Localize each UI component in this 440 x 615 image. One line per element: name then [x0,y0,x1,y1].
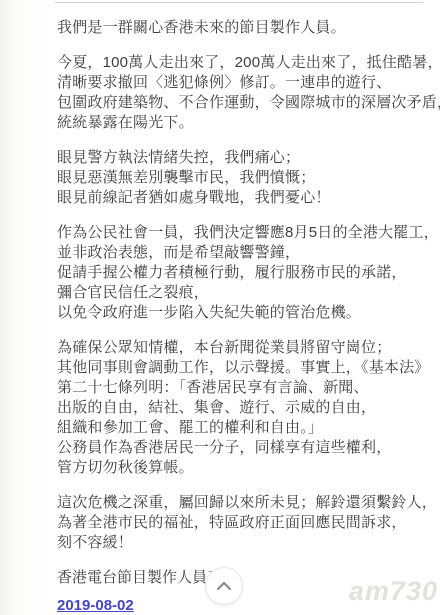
statement-line: 以免令政府進一步陷入失紀失範的管治危機。 [57,303,433,323]
statement-line: 為著全港市民的福祉，特區政府正面回應民間訴求， [57,513,433,533]
statement-line: 統統暴露在陽光下。 [57,113,433,133]
statement-line: 刻不容緩！ [57,533,433,553]
statement-line: 眼見前線記者猶如處身戰地，我們憂心！ [57,188,433,208]
statement-line: 今夏，100萬人走出來了，200萬人走出來了，抵住酷暑， [57,53,433,73]
statement-line: 這次危機之深重，屬回歸以來所未見；解鈴還須繫鈴人， [57,493,433,513]
statement-paragraph: 作為公民社會一員，我們決定響應8月5日的全港大罷工， 並非政治表態，而是希望敲響… [57,223,433,323]
statement-line: 為確保公眾知情權，本台新聞從業員將留守崗位； [57,338,433,358]
statement-content: 我們是一群關心香港未來的節目製作人員。 今夏，100萬人走出來了，200萬人走出… [57,18,433,615]
statement-paragraph: 這次危機之深重，屬回歸以來所未見；解鈴還須繫鈴人， 為著全港市民的福祉，特區政府… [57,493,433,553]
statement-line: 眼見警方執法情緒失控，我們痛心； [57,148,433,168]
statement-line: 並非政治表態，而是希望敲響警鐘， [57,243,433,263]
statement-line: 眼見惡漢無差別襲擊市民，我們憤慨； [57,168,433,188]
statement-line: 出版的自由，結社、集會、遊行、示威的自由， [57,398,433,418]
statement-line: 管方切勿秋後算帳。 [57,458,433,478]
statement-line: 作為公民社會一員，我們決定響應8月5日的全港大罷工， [57,223,433,243]
statement-line: 我們是一群關心香港未來的節目製作人員。 [57,18,433,38]
statement-line: 其他同事則會調動工作，以示聲援。事實上，《基本法》 [57,358,433,378]
statement-line: 第二十七條列明：「香港居民享有言論、新聞、 [57,378,433,398]
scroll-top-button[interactable] [205,567,243,605]
statement-line: 清晰要求撤回〈逃犯條例〉修訂。一連串的遊行、 [57,73,433,93]
am730-watermark: am730 [349,576,438,607]
statement-paragraph: 為確保公眾知情權，本台新聞從業員將留守崗位； 其他同事則會調動工作，以示聲援。事… [57,338,433,478]
top-divider [55,2,423,3]
statement-paragraph: 今夏，100萬人走出來了，200萬人走出來了，抵住酷暑， 清晰要求撤回〈逃犯條例… [57,53,433,133]
statement-line: 組織和參加工會、罷工的權利和自由。」 [57,418,433,438]
statement-line: 促請手握公權力者積極行動，履行服務市民的承諾， [57,263,433,283]
chevron-up-icon [216,581,232,591]
statement-paragraph: 我們是一群關心香港未來的節目製作人員。 [57,18,433,38]
statement-line: 公務員作為香港居民一分子，同樣享有這些權利， [57,438,433,458]
statement-paragraph: 眼見警方執法情緒失控，我們痛心； 眼見惡漢無差別襲擊市民，我們憤慨； 眼見前線記… [57,148,433,208]
statement-line: 彌合官民信任之裂痕， [57,283,433,303]
statement-line: 包圍政府建築物、不合作運動，令國際城市的深層次矛盾， [57,93,433,113]
date-link[interactable]: 2019-08-02 [57,596,134,615]
